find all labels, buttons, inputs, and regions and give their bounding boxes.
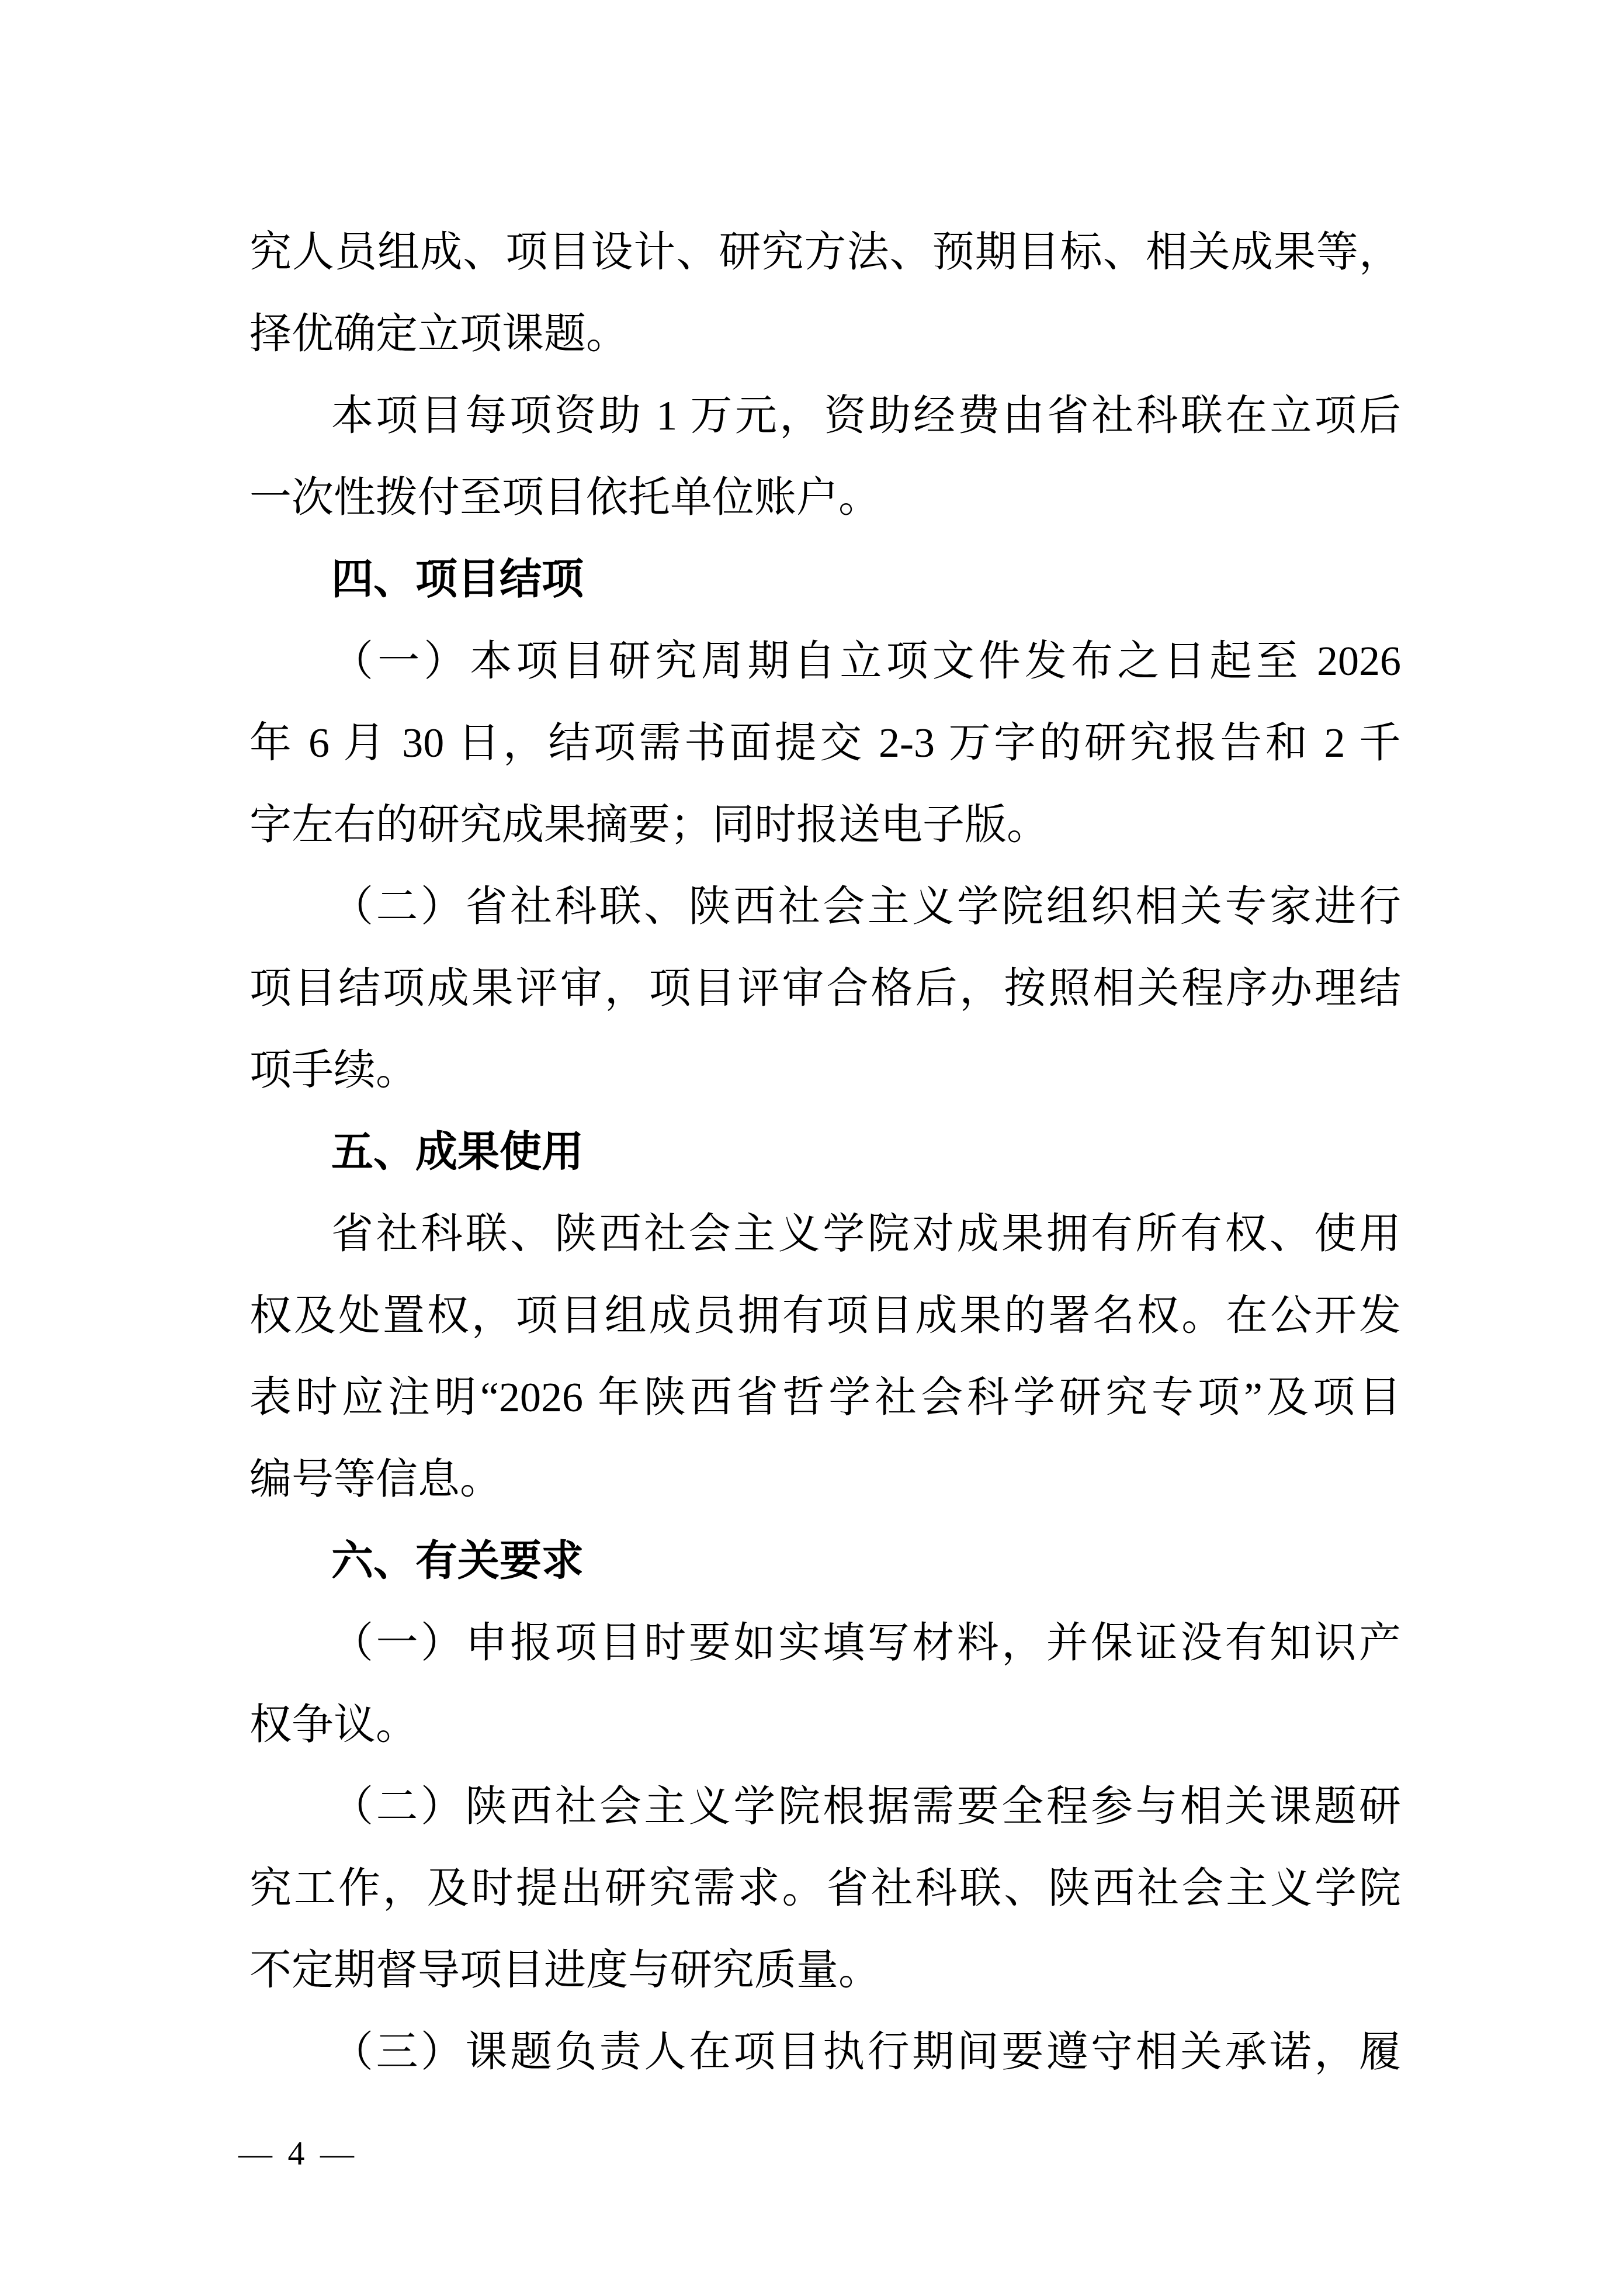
page-number: — 4 — [238,2121,358,2186]
text-line: 本项目每项资助 1 万元，资助经费由省社科联在立项后 [249,375,1401,456]
section-heading: 四、项目结项 [249,538,1401,620]
text-line: 一次性拨付至项目依托单位账户。 [249,456,1401,538]
text-line: 年 6 月 30 日，结项需书面提交 2-3 万字的研究报告和 2 千 [249,702,1401,784]
text-line: 字左右的研究成果摘要；同时报送电子版。 [249,784,1401,865]
text-line: （二）陕西社会主义学院根据需要全程参与相关课题研 [249,1765,1401,1847]
paragraph: （一）本项目研究周期自立项文件发布之日起至 2026 年 6 月 30 日，结项… [249,620,1401,865]
text-line: 项目结项成果评审，项目评审合格后，按照相关程序办理结 [249,947,1401,1029]
paragraph: 省社科联、陕西社会主义学院对成果拥有所有权、使用 权及处置权，项目组成员拥有项目… [249,1193,1401,1520]
text-line: 省社科联、陕西社会主义学院对成果拥有所有权、使用 [249,1193,1401,1275]
paragraph: （三）课题负责人在项目执行期间要遵守相关承诺，履 [249,2011,1401,2093]
paragraph: （一）申报项目时要如实填写材料，并保证没有知识产 权争议。 [249,1602,1401,1765]
text-line: 究工作，及时提出研究需求。省社科联、陕西社会主义学院 [249,1847,1401,1929]
paragraph: （二）陕西社会主义学院根据需要全程参与相关课题研 究工作，及时提出研究需求。省社… [249,1765,1401,2011]
section-heading: 六、有关要求 [249,1520,1401,1602]
text-line: 项手续。 [249,1029,1401,1111]
text-line: 权及处置权，项目组成员拥有项目成果的署名权。在公开发 [249,1275,1401,1356]
document-body: 究人员组成、项目设计、研究方法、预期目标、相关成果等， 择优确定立项课题。 本项… [249,211,1401,2093]
text-line: （二）省社科联、陕西社会主义学院组织相关专家进行 [249,865,1401,947]
section-heading-6: 六、有关要求 [249,1520,1401,1602]
text-line: 不定期督导项目进度与研究质量。 [249,1929,1401,2011]
text-line: （三）课题负责人在项目执行期间要遵守相关承诺，履 [249,2011,1401,2093]
text-line: 表时应注明“2026 年陕西省哲学社会科学研究专项”及项目 [249,1356,1401,1438]
text-line: 择优确定立项课题。 [249,293,1401,375]
text-line: （一）本项目研究周期自立项文件发布之日起至 2026 [249,620,1401,702]
text-line: （一）申报项目时要如实填写材料，并保证没有知识产 [249,1602,1401,1684]
document-page: 究人员组成、项目设计、研究方法、预期目标、相关成果等， 择优确定立项课题。 本项… [0,0,1623,2296]
text-line: 权争议。 [249,1684,1401,1765]
section-heading-4: 四、项目结项 [249,538,1401,620]
paragraph: （二）省社科联、陕西社会主义学院组织相关专家进行 项目结项成果评审，项目评审合格… [249,865,1401,1111]
section-heading: 五、成果使用 [249,1111,1401,1193]
section-heading-5: 五、成果使用 [249,1111,1401,1193]
paragraph-continued: 究人员组成、项目设计、研究方法、预期目标、相关成果等， 择优确定立项课题。 [249,211,1401,375]
text-line: 编号等信息。 [249,1438,1401,1520]
text-line: 究人员组成、项目设计、研究方法、预期目标、相关成果等， [249,211,1401,293]
paragraph: 本项目每项资助 1 万元，资助经费由省社科联在立项后 一次性拨付至项目依托单位账… [249,375,1401,538]
